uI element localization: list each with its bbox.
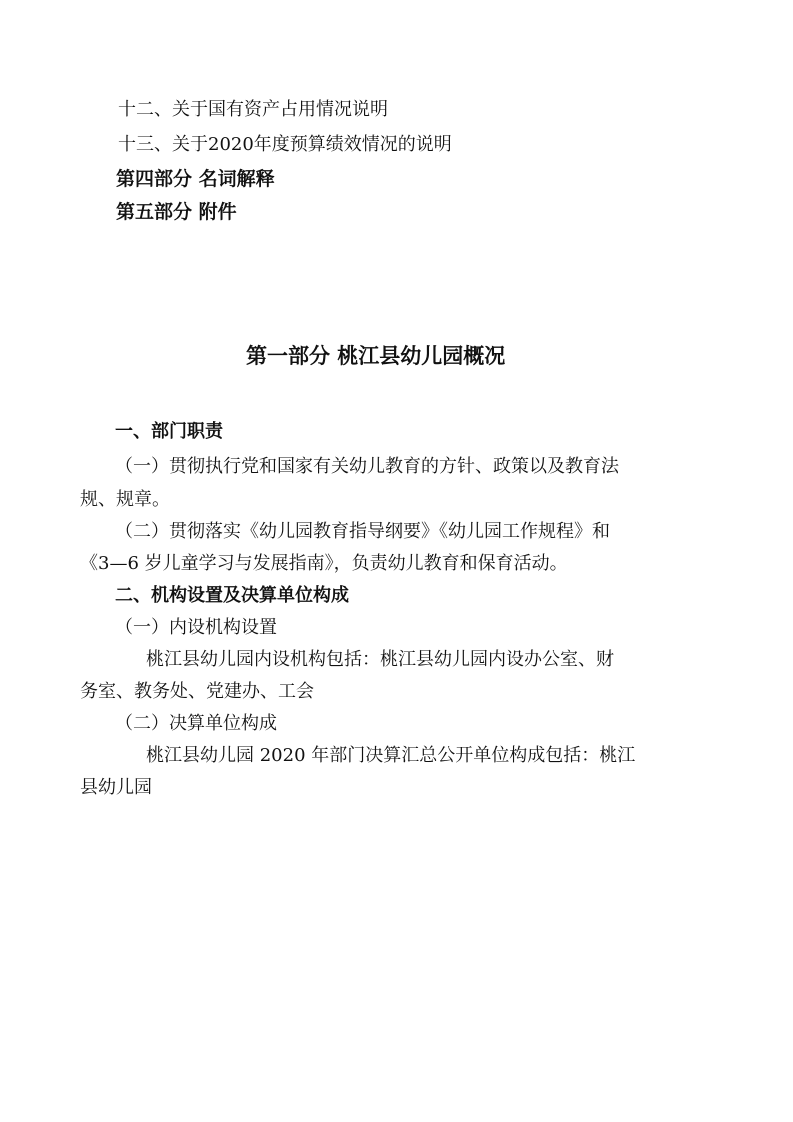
paragraph-internal-org-line1: 桃江县幼儿园内设机构包括：桃江县幼儿园内设办公室、财 (146, 648, 614, 672)
heading-org-structure: 二、机构设置及决算单位构成 (115, 584, 349, 608)
paragraph-accounting-unit-line2: 县幼儿园 (80, 776, 152, 800)
paragraph-duty-2-line2: 《3—6 岁儿童学习与发展指南》，负责幼儿教育和保育活动。 (80, 552, 568, 576)
paragraph-accounting-unit-line1: 桃江县幼儿园 2020 年部门决算汇总公开单位构成包括：桃江 (146, 744, 635, 768)
paragraph-duty-2-line1: （二）贯彻落实《幼儿园教育指导纲要》《幼儿园工作规程》和 (115, 520, 610, 544)
heading-dept-duties: 一、部门职责 (115, 420, 223, 444)
subheading-accounting-unit: （二）决算单位构成 (115, 712, 277, 736)
toc-part-5: 第五部分 附件 (116, 200, 237, 224)
toc-item-12: 十二、关于国有资产占用情况说明 (118, 98, 388, 122)
paragraph-internal-org-line2: 务室、教务处、党建办、工会 (80, 680, 314, 704)
paragraph-duty-1-line2: 规、规章。 (80, 488, 170, 512)
toc-part-4: 第四部分 名词解释 (116, 167, 275, 191)
subheading-internal-org: （一）内设机构设置 (115, 616, 277, 640)
section-title: 第一部分 桃江县幼儿园概况 (246, 344, 505, 368)
toc-item-13: 十三、关于2020年度预算绩效情况的说明 (118, 133, 452, 157)
paragraph-duty-1-line1: （一）贯彻执行党和国家有关幼儿教育的方针、政策以及教育法 (115, 455, 619, 479)
